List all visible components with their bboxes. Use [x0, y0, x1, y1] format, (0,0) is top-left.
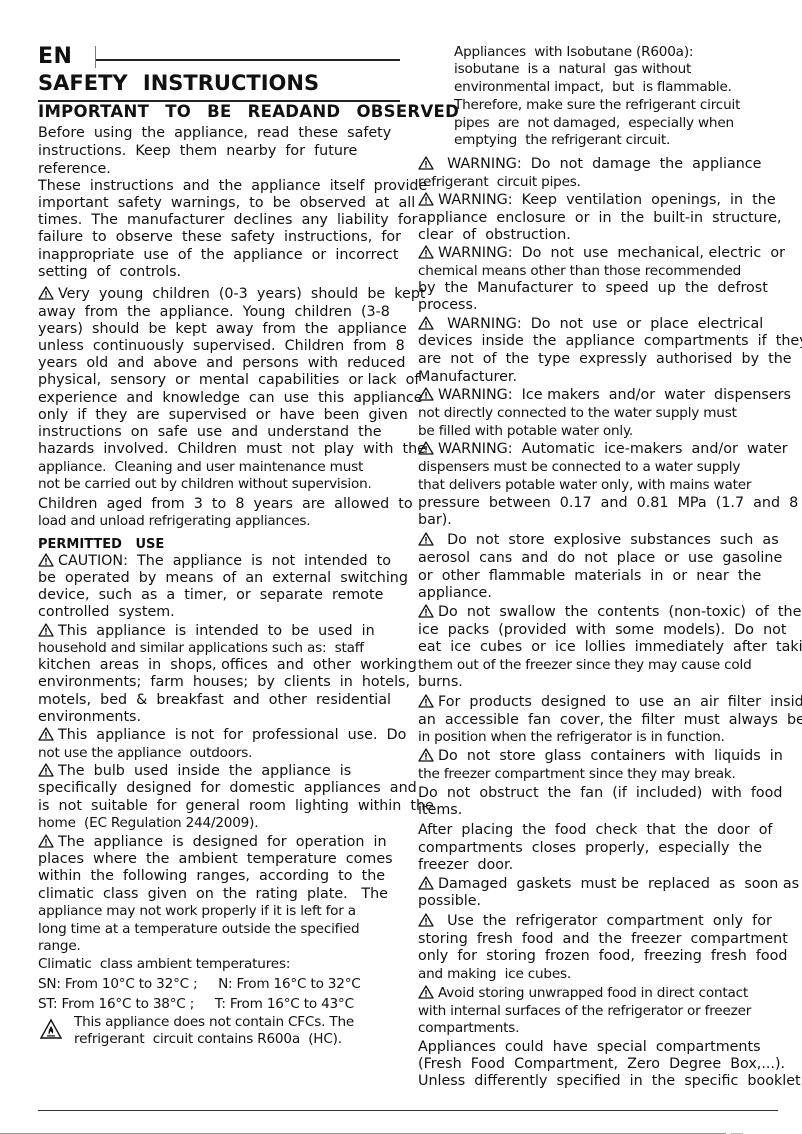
text-line-content: kitchen areas in shops, offices and othe… [38, 657, 417, 673]
text-line: WARNING: Keep ventilation openings, in t… [418, 192, 776, 209]
text-line-content: only if they are supervised or have been… [38, 407, 408, 423]
text-line-content: years) should be kept away from the appl… [38, 321, 407, 337]
text-line-content: places where the ambient temperature com… [38, 851, 393, 867]
text-line-content: hazards involved. Children must not play… [38, 441, 426, 457]
text-line-content: within the following ranges, according t… [38, 868, 385, 884]
text-line-content: Use the refrigerator compartment only fo… [438, 913, 772, 929]
text-line-content: not use the appliance outdoors. [38, 745, 252, 761]
text-line-content: aerosol cans and do not place or use gas… [418, 550, 782, 566]
text-line-content: motels, bed & breakfast and other reside… [38, 692, 391, 708]
warning-icon [38, 763, 54, 777]
text-line: possible. [418, 893, 481, 910]
text-line: These instructions and the appliance its… [38, 178, 427, 195]
text-line: The appliance is designed for operation … [38, 834, 387, 851]
text-line: within the following ranges, according t… [38, 868, 385, 885]
text-line-content: only for storing frozen food, freezing f… [418, 948, 787, 964]
text-line-content: ST: From 16°C to 38°C ; T: From 16°C to … [38, 996, 354, 1012]
text-line: eat ice cubes or ice lollies immediately… [418, 639, 802, 656]
text-line-content: devices inside the appliance compartment… [418, 333, 802, 349]
text-line: burns. [418, 674, 463, 691]
text-line: WARNING: Ice makers and/or water dispens… [418, 387, 791, 404]
text-line: items. [418, 802, 462, 819]
text-line-content: unless continuously supervised. Children… [38, 338, 405, 354]
language-code: EN [38, 44, 72, 69]
section-subtitle: IMPORTANT TO BE READAND OBSERVED [38, 102, 459, 121]
text-line: is not suitable for general room lightin… [38, 798, 434, 815]
text-line-content: Children aged from 3 to 8 years are allo… [38, 496, 413, 512]
text-line-content: household and similar applications such … [38, 640, 364, 656]
text-line-content: items. [418, 802, 462, 818]
text-line-content: reference. [38, 161, 111, 177]
text-line: instructions. Keep them nearby for futur… [38, 143, 357, 160]
text-line-content: pressure between 0.17 and 0.81 MPa (1.7 … [418, 495, 798, 511]
text-line: The bulb used inside the appliance is [38, 763, 351, 780]
text-line-content: The bulb used inside the appliance is [58, 763, 351, 779]
text-line-content: process. [418, 297, 477, 313]
text-line-content: is not suitable for general room lightin… [38, 798, 434, 814]
text-line: environments; farm houses; by clients in… [38, 674, 410, 691]
text-line-content: Do not store explosive substances such a… [438, 532, 779, 548]
text-line-content: Do not obstruct the fan (if included) wi… [418, 785, 782, 801]
text-line: only if they are supervised or have been… [38, 407, 408, 424]
text-line: pressure between 0.17 and 0.81 MPa (1.7 … [418, 495, 798, 512]
text-line: physical, sensory or mental capabilities… [38, 372, 419, 389]
text-line: storing fresh food and the freezer compa… [418, 931, 788, 948]
text-line-content: Manufacturer. [418, 369, 517, 385]
text-line-content: instructions. Keep them nearby for futur… [38, 143, 357, 159]
text-line: dispensers must be connected to a water … [418, 459, 740, 476]
text-line: For products designed to use an air filt… [418, 694, 802, 711]
language-divider [95, 46, 96, 68]
text-line: household and similar applications such … [38, 640, 364, 657]
text-line: not use the appliance outdoors. [38, 745, 252, 762]
warning-icon [418, 913, 434, 927]
text-line: appliance. [418, 585, 492, 602]
text-line: Appliances with Isobutane (R600a): [454, 44, 693, 61]
text-line: with internal surfaces of the refrigerat… [418, 1003, 751, 1020]
text-line: After placing the food check that the do… [418, 822, 772, 839]
text-line-content: WARNING: Automatic ice-makers and/or wat… [438, 441, 788, 457]
text-line: devices inside the appliance compartment… [418, 333, 802, 350]
text-line: ice packs (provided with some models). D… [418, 622, 787, 639]
text-line-content: controlled system. [38, 604, 175, 620]
text-line-content: home (EC Regulation 244/2009). [38, 815, 258, 831]
text-line: by the Manufacturer to speed up the defr… [418, 280, 768, 297]
text-line: Unless differently specified in the spec… [418, 1073, 802, 1090]
text-line: and making ice cubes. [418, 966, 571, 983]
text-line: environments. [38, 709, 141, 726]
text-line-content: the freezer compartment since they may b… [418, 766, 736, 782]
text-line: load and unload refrigerating appliances… [38, 513, 310, 530]
text-line: pipes are not damaged, especially when [454, 115, 734, 132]
text-line: not be carried out by children without s… [38, 476, 372, 493]
text-line: emptying the refrigerant circuit. [454, 132, 670, 149]
text-line: This appliance is not for professional u… [38, 727, 406, 744]
text-line: unless continuously supervised. Children… [38, 338, 405, 355]
text-line: WARNING: Do not use or place electrical [418, 316, 763, 333]
text-line-content: device, such as a timer, or separate rem… [38, 587, 383, 603]
text-line-content: refrigerant circuit pipes. [418, 174, 581, 190]
text-line-content: range. [38, 938, 81, 954]
warning-icon [38, 727, 54, 741]
text-line: (Fresh Food Compartment, Zero Degree Box… [418, 1056, 785, 1073]
text-line-content: load and unload refrigerating appliances… [38, 513, 310, 529]
text-line-content: WARNING: Keep ventilation openings, in t… [438, 192, 776, 208]
text-line: home (EC Regulation 244/2009). [38, 815, 258, 832]
text-line-content: dispensers must be connected to a water … [418, 459, 740, 475]
text-line-content: Do not store glass containers with liqui… [438, 748, 783, 764]
text-line-content: (Fresh Food Compartment, Zero Degree Box… [418, 1056, 785, 1072]
text-line-content: or other flammable materials in or near … [418, 568, 761, 584]
text-line: kitchen areas in shops, offices and othe… [38, 657, 417, 674]
text-line: Children aged from 3 to 8 years are allo… [38, 496, 413, 513]
text-line: Use the refrigerator compartment only fo… [418, 913, 772, 930]
text-line-content: climatic class given on the rating plate… [38, 886, 388, 902]
text-line-content: failure to observe these safety instruct… [38, 229, 401, 245]
text-line: not directly connected to the water supp… [418, 405, 737, 422]
text-line-content: environments; farm houses; by clients in… [38, 674, 410, 690]
text-line: Do not store explosive substances such a… [418, 532, 779, 549]
text-line: instructions on safe use and understand … [38, 424, 382, 441]
bottom-rule [38, 1110, 778, 1111]
warning-icon [418, 156, 434, 170]
text-line: aerosol cans and do not place or use gas… [418, 550, 782, 567]
text-line-content: PERMITTED USE [38, 537, 164, 552]
flammable-note-line: This appliance does not contain CFCs. Th… [74, 1014, 354, 1031]
text-line-content: that delivers potable water only, with m… [418, 477, 751, 493]
text-line-content: with internal surfaces of the refrigerat… [418, 1003, 751, 1019]
text-line: WARNING: Do not use mechanical, electric… [418, 245, 785, 262]
header-rule [96, 59, 400, 61]
text-line-content: CAUTION: The appliance is not intended t… [58, 553, 391, 569]
text-line: inappropriate use of the appliance or in… [38, 247, 398, 264]
text-line-content: Therefore, make sure the refrigerant cir… [454, 97, 740, 113]
section-heading: PERMITTED USE [38, 536, 164, 553]
text-line: refrigerant circuit pipes. [418, 174, 581, 191]
text-line: failure to observe these safety instruct… [38, 229, 401, 246]
text-line-content: eat ice cubes or ice lollies immediately… [418, 639, 802, 655]
text-line: times. The manufacturer declines any lia… [38, 212, 417, 229]
text-line: that delivers potable water only, with m… [418, 477, 751, 494]
text-line: controlled system. [38, 604, 175, 621]
text-line: Very young children (0-3 years) should b… [38, 286, 426, 303]
text-line: device, such as a timer, or separate rem… [38, 587, 383, 604]
text-line: specifically designed for domestic appli… [38, 780, 417, 797]
text-line: are not of the type expressly authorised… [418, 351, 792, 368]
text-line: appliance may not work properly if it is… [38, 903, 356, 920]
text-line-content: Before using the appliance, read these s… [38, 125, 391, 141]
text-line-content: not be carried out by children without s… [38, 476, 372, 492]
text-line: bar). [418, 512, 452, 529]
text-line-content: This appliance is intended to be used in [58, 623, 375, 639]
text-line: or other flammable materials in or near … [418, 568, 761, 585]
text-line-content: After placing the food check that the do… [418, 822, 772, 838]
text-line: only for storing frozen food, freezing f… [418, 948, 787, 965]
text-line: an accessible fan cover, the filter must… [418, 712, 802, 729]
warning-icon [418, 245, 434, 259]
warning-icon [38, 834, 54, 848]
warning-icon [418, 316, 434, 330]
text-line-content: compartments closes properly, especially… [418, 840, 762, 856]
flammable-warning-icon [40, 1018, 62, 1040]
text-line: isobutane is a natural gas without [454, 61, 691, 78]
text-line-content: freezer door. [418, 857, 513, 873]
text-line: Manufacturer. [418, 369, 517, 386]
text-line-content: burns. [418, 674, 463, 690]
flammable-note-line: refrigerant circuit contains R600a (HC). [74, 1031, 342, 1048]
text-line: the freezer compartment since they may b… [418, 766, 736, 783]
text-line: Before using the appliance, read these s… [38, 125, 391, 142]
text-line-content: setting of controls. [38, 264, 181, 280]
text-line-content: appliance enclosure or in the built-in s… [418, 210, 782, 226]
text-line-content: years old and above and persons with red… [38, 355, 405, 371]
text-line: years) should be kept away from the appl… [38, 321, 407, 338]
text-line-content: Very young children (0-3 years) should b… [58, 286, 426, 302]
manual-page: EN SAFETY INSTRUCTIONS IMPORTANT TO BE R… [0, 0, 802, 1134]
text-line: experience and knowledge can use this ap… [38, 390, 423, 407]
text-line-content: bar). [418, 512, 452, 528]
text-line-content: in position when the refrigerator is in … [418, 729, 725, 745]
text-line: compartments closes properly, especially… [418, 840, 762, 857]
text-line: places where the ambient temperature com… [38, 851, 393, 868]
text-line: Do not obstruct the fan (if included) wi… [418, 785, 782, 802]
text-line-content: specifically designed for domestic appli… [38, 780, 417, 796]
text-line-content: be operated by means of an external swit… [38, 570, 408, 586]
text-line: Therefore, make sure the refrigerant cir… [454, 97, 740, 114]
text-line-content: Damaged gaskets must be replaced as soon… [438, 876, 799, 892]
text-line-content: WARNING: Do not use or place electrical [438, 316, 763, 332]
text-line-content: Appliances could have special compartmen… [418, 1039, 761, 1055]
text-line: them out of the freezer since they may c… [418, 657, 752, 674]
text-line: important safety warnings, to be observe… [38, 195, 415, 212]
text-line-content: Do not swallow the contents (non-toxic) … [438, 604, 801, 620]
text-line-content: Appliances with Isobutane (R600a): [454, 44, 693, 60]
text-line: ST: From 16°C to 38°C ; T: From 16°C to … [38, 996, 354, 1013]
text-line-content: not directly connected to the water supp… [418, 405, 737, 421]
text-line-content: inappropriate use of the appliance or in… [38, 247, 398, 263]
text-line: freezer door. [418, 857, 513, 874]
text-line-content: The appliance is designed for operation … [58, 834, 387, 850]
text-line: setting of controls. [38, 264, 181, 281]
text-line: This appliance is intended to be used in [38, 623, 375, 640]
text-line: long time at a temperature outside the s… [38, 921, 359, 938]
text-line-content: appliance. Cleaning and user maintenance… [38, 459, 363, 475]
text-line: away from the appliance. Young children … [38, 304, 390, 321]
warning-icon [418, 985, 434, 999]
warning-icon [418, 441, 434, 455]
text-line-content: This appliance is not for professional u… [58, 727, 406, 743]
text-line: process. [418, 297, 477, 314]
text-line: WARNING: Automatic ice-makers and/or wat… [418, 441, 788, 458]
text-line-content: are not of the type expressly authorised… [418, 351, 792, 367]
text-line-content: clear of obstruction. [418, 227, 571, 243]
warning-icon [38, 286, 54, 300]
text-line: hazards involved. Children must not play… [38, 441, 426, 458]
text-line-content: and making ice cubes. [418, 966, 571, 982]
text-line: WARNING: Do not damage the appliance [418, 156, 761, 173]
text-line-content: WARNING: Do not use mechanical, electric… [438, 245, 785, 261]
text-line-content: chemical means other than those recommen… [418, 263, 741, 279]
text-line-content: be filled with potable water only. [418, 423, 633, 439]
text-line: environmental impact, but is flammable. [454, 79, 732, 96]
text-line-content: ice packs (provided with some models). D… [418, 622, 787, 638]
text-line: be operated by means of an external swit… [38, 570, 408, 587]
text-line: range. [38, 938, 81, 955]
text-line: SN: From 10°C to 32°C ; N: From 16°C to … [38, 976, 361, 993]
text-line: Do not store glass containers with liqui… [418, 748, 783, 765]
text-line-content: instructions on safe use and understand … [38, 424, 382, 440]
text-line-content: experience and knowledge can use this ap… [38, 390, 423, 406]
text-line: Damaged gaskets must be replaced as soon… [418, 876, 799, 893]
text-line-content: These instructions and the appliance its… [38, 178, 427, 194]
page-title: SAFETY INSTRUCTIONS [38, 71, 319, 95]
text-line-content: isobutane is a natural gas without [454, 61, 691, 77]
text-line-content: physical, sensory or mental capabilities… [38, 372, 419, 388]
text-line-content: an accessible fan cover, the filter must… [418, 712, 802, 728]
warning-icon [418, 192, 434, 206]
text-line: years old and above and persons with red… [38, 355, 405, 372]
text-line: chemical means other than those recommen… [418, 263, 741, 280]
text-line: clear of obstruction. [418, 227, 571, 244]
text-line-content: them out of the freezer since they may c… [418, 657, 752, 673]
text-line-content: SN: From 10°C to 32°C ; N: From 16°C to … [38, 976, 361, 992]
text-line: motels, bed & breakfast and other reside… [38, 692, 391, 709]
text-line: Avoid storing unwrapped food in direct c… [418, 985, 748, 1002]
warning-icon [418, 748, 434, 762]
text-line: Climatic class ambient temperatures: [38, 956, 290, 973]
text-line-content: WARNING: Ice makers and/or water dispens… [438, 387, 791, 403]
text-line-content: appliance may not work properly if it is… [38, 903, 356, 919]
text-line: Do not swallow the contents (non-toxic) … [418, 604, 801, 621]
text-line-content: WARNING: Do not damage the appliance [438, 156, 761, 172]
warning-icon [418, 604, 434, 618]
text-line-content: by the Manufacturer to speed up the defr… [418, 280, 768, 296]
warning-icon [418, 532, 434, 546]
text-line-content: Climatic class ambient temperatures: [38, 956, 290, 972]
warning-icon [418, 694, 434, 708]
warning-icon [418, 387, 434, 401]
text-line-content: environments. [38, 709, 141, 725]
text-line: appliance enclosure or in the built-in s… [418, 210, 782, 227]
text-line-content: long time at a temperature outside the s… [38, 921, 359, 937]
text-line: CAUTION: The appliance is not intended t… [38, 553, 391, 570]
text-line: Appliances could have special compartmen… [418, 1039, 761, 1056]
text-line-content: possible. [418, 893, 481, 909]
text-line-content: away from the appliance. Young children … [38, 304, 390, 320]
text-line-content: important safety warnings, to be observe… [38, 195, 415, 211]
text-line-content: environmental impact, but is flammable. [454, 79, 732, 95]
text-line: appliance. Cleaning and user maintenance… [38, 459, 363, 476]
text-line-content: compartments. [418, 1020, 519, 1036]
text-line-content: For products designed to use an air filt… [438, 694, 802, 710]
text-line-content: storing fresh food and the freezer compa… [418, 931, 788, 947]
warning-icon [38, 553, 54, 567]
warning-icon [38, 623, 54, 637]
text-line: in position when the refrigerator is in … [418, 729, 725, 746]
text-line-content: pipes are not damaged, especially when [454, 115, 734, 131]
text-line-content: times. The manufacturer declines any lia… [38, 212, 417, 228]
text-line-content: Unless differently specified in the spec… [418, 1073, 802, 1089]
text-line: climatic class given on the rating plate… [38, 886, 388, 903]
text-line: reference. [38, 161, 111, 178]
text-line: be filled with potable water only. [418, 423, 633, 440]
warning-icon [418, 876, 434, 890]
text-line-content: emptying the refrigerant circuit. [454, 132, 670, 148]
text-line-content: appliance. [418, 585, 492, 601]
text-line: compartments. [418, 1020, 519, 1037]
text-line-content: Avoid storing unwrapped food in direct c… [438, 985, 748, 1001]
